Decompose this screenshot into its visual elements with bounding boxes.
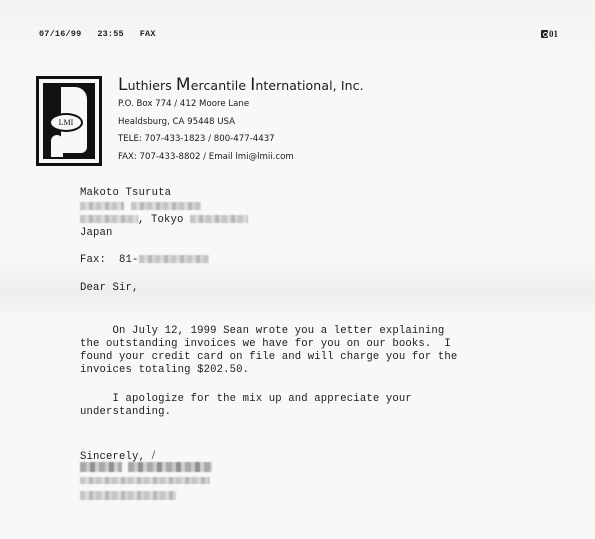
fax-label: FAX	[140, 29, 156, 39]
redacted-text	[80, 215, 138, 223]
recipient-country: Japan	[80, 227, 113, 240]
page-number: 01	[549, 29, 558, 39]
fax-page: 07/16/99 23:55 FAX 01 LMI Luthiers Merca…	[0, 0, 595, 539]
fax-page-number: 01	[541, 29, 558, 39]
signature-redacted	[80, 462, 212, 502]
address-line-1: P.O. Box 774 / 412 Moore Lane	[118, 96, 364, 114]
redacted-text	[80, 477, 210, 484]
company-name: Luthiers Mercantile International, Inc.	[118, 75, 364, 96]
paragraph-1-line: On July 12, 1999 Sean wrote you a letter…	[80, 325, 444, 338]
paragraph-1-line: found your credit card on file and will …	[80, 351, 457, 364]
logo-oval: LMI	[49, 113, 83, 132]
signature-stroke: /	[152, 447, 156, 462]
paragraph-2-line: I apologize for the mix up and appreciat…	[80, 393, 412, 406]
paragraph-1-line: invoices totaling $202.50.	[80, 364, 249, 377]
fax-email-line: FAX: 707-433-8802 / Email lmi@lmii.com	[118, 149, 364, 167]
address-line-2: Healdsburg, CA 95448 USA	[118, 114, 364, 132]
recipient-address-line-1	[80, 201, 201, 214]
company-logo: LMI	[36, 76, 102, 166]
redacted-text	[131, 202, 201, 210]
redacted-text	[80, 202, 124, 210]
redacted-text	[80, 462, 122, 472]
city-text: , Tokyo	[138, 214, 184, 226]
fax-time: 23:55	[97, 29, 124, 39]
logo-detail-shape	[51, 135, 63, 157]
redacted-text	[128, 462, 212, 472]
fax-label: Fax:	[80, 254, 106, 266]
redacted-text	[190, 215, 248, 223]
fax-prefix: 81-	[119, 254, 139, 266]
recipient-fax: Fax: 81-	[80, 254, 209, 267]
paragraph-1-line: the outstanding invoices we have for you…	[80, 338, 451, 351]
recipient-name: Makoto Tsuruta	[80, 187, 171, 200]
redacted-text	[80, 491, 176, 500]
paragraph-2-line: understanding.	[80, 406, 171, 419]
telephone-line: TELE: 707-433-1823 / 800-477-4437	[118, 131, 364, 149]
recipient-address-line-2: , Tokyo	[80, 214, 248, 227]
fax-date: 07/16/99	[39, 29, 81, 39]
redacted-text	[139, 255, 209, 263]
salutation: Dear Sir,	[80, 282, 139, 295]
letterhead: Luthiers Mercantile International, Inc. …	[118, 75, 364, 166]
fax-page-icon	[541, 30, 548, 38]
fax-transmission-header: 07/16/99 23:55 FAX	[39, 29, 156, 39]
